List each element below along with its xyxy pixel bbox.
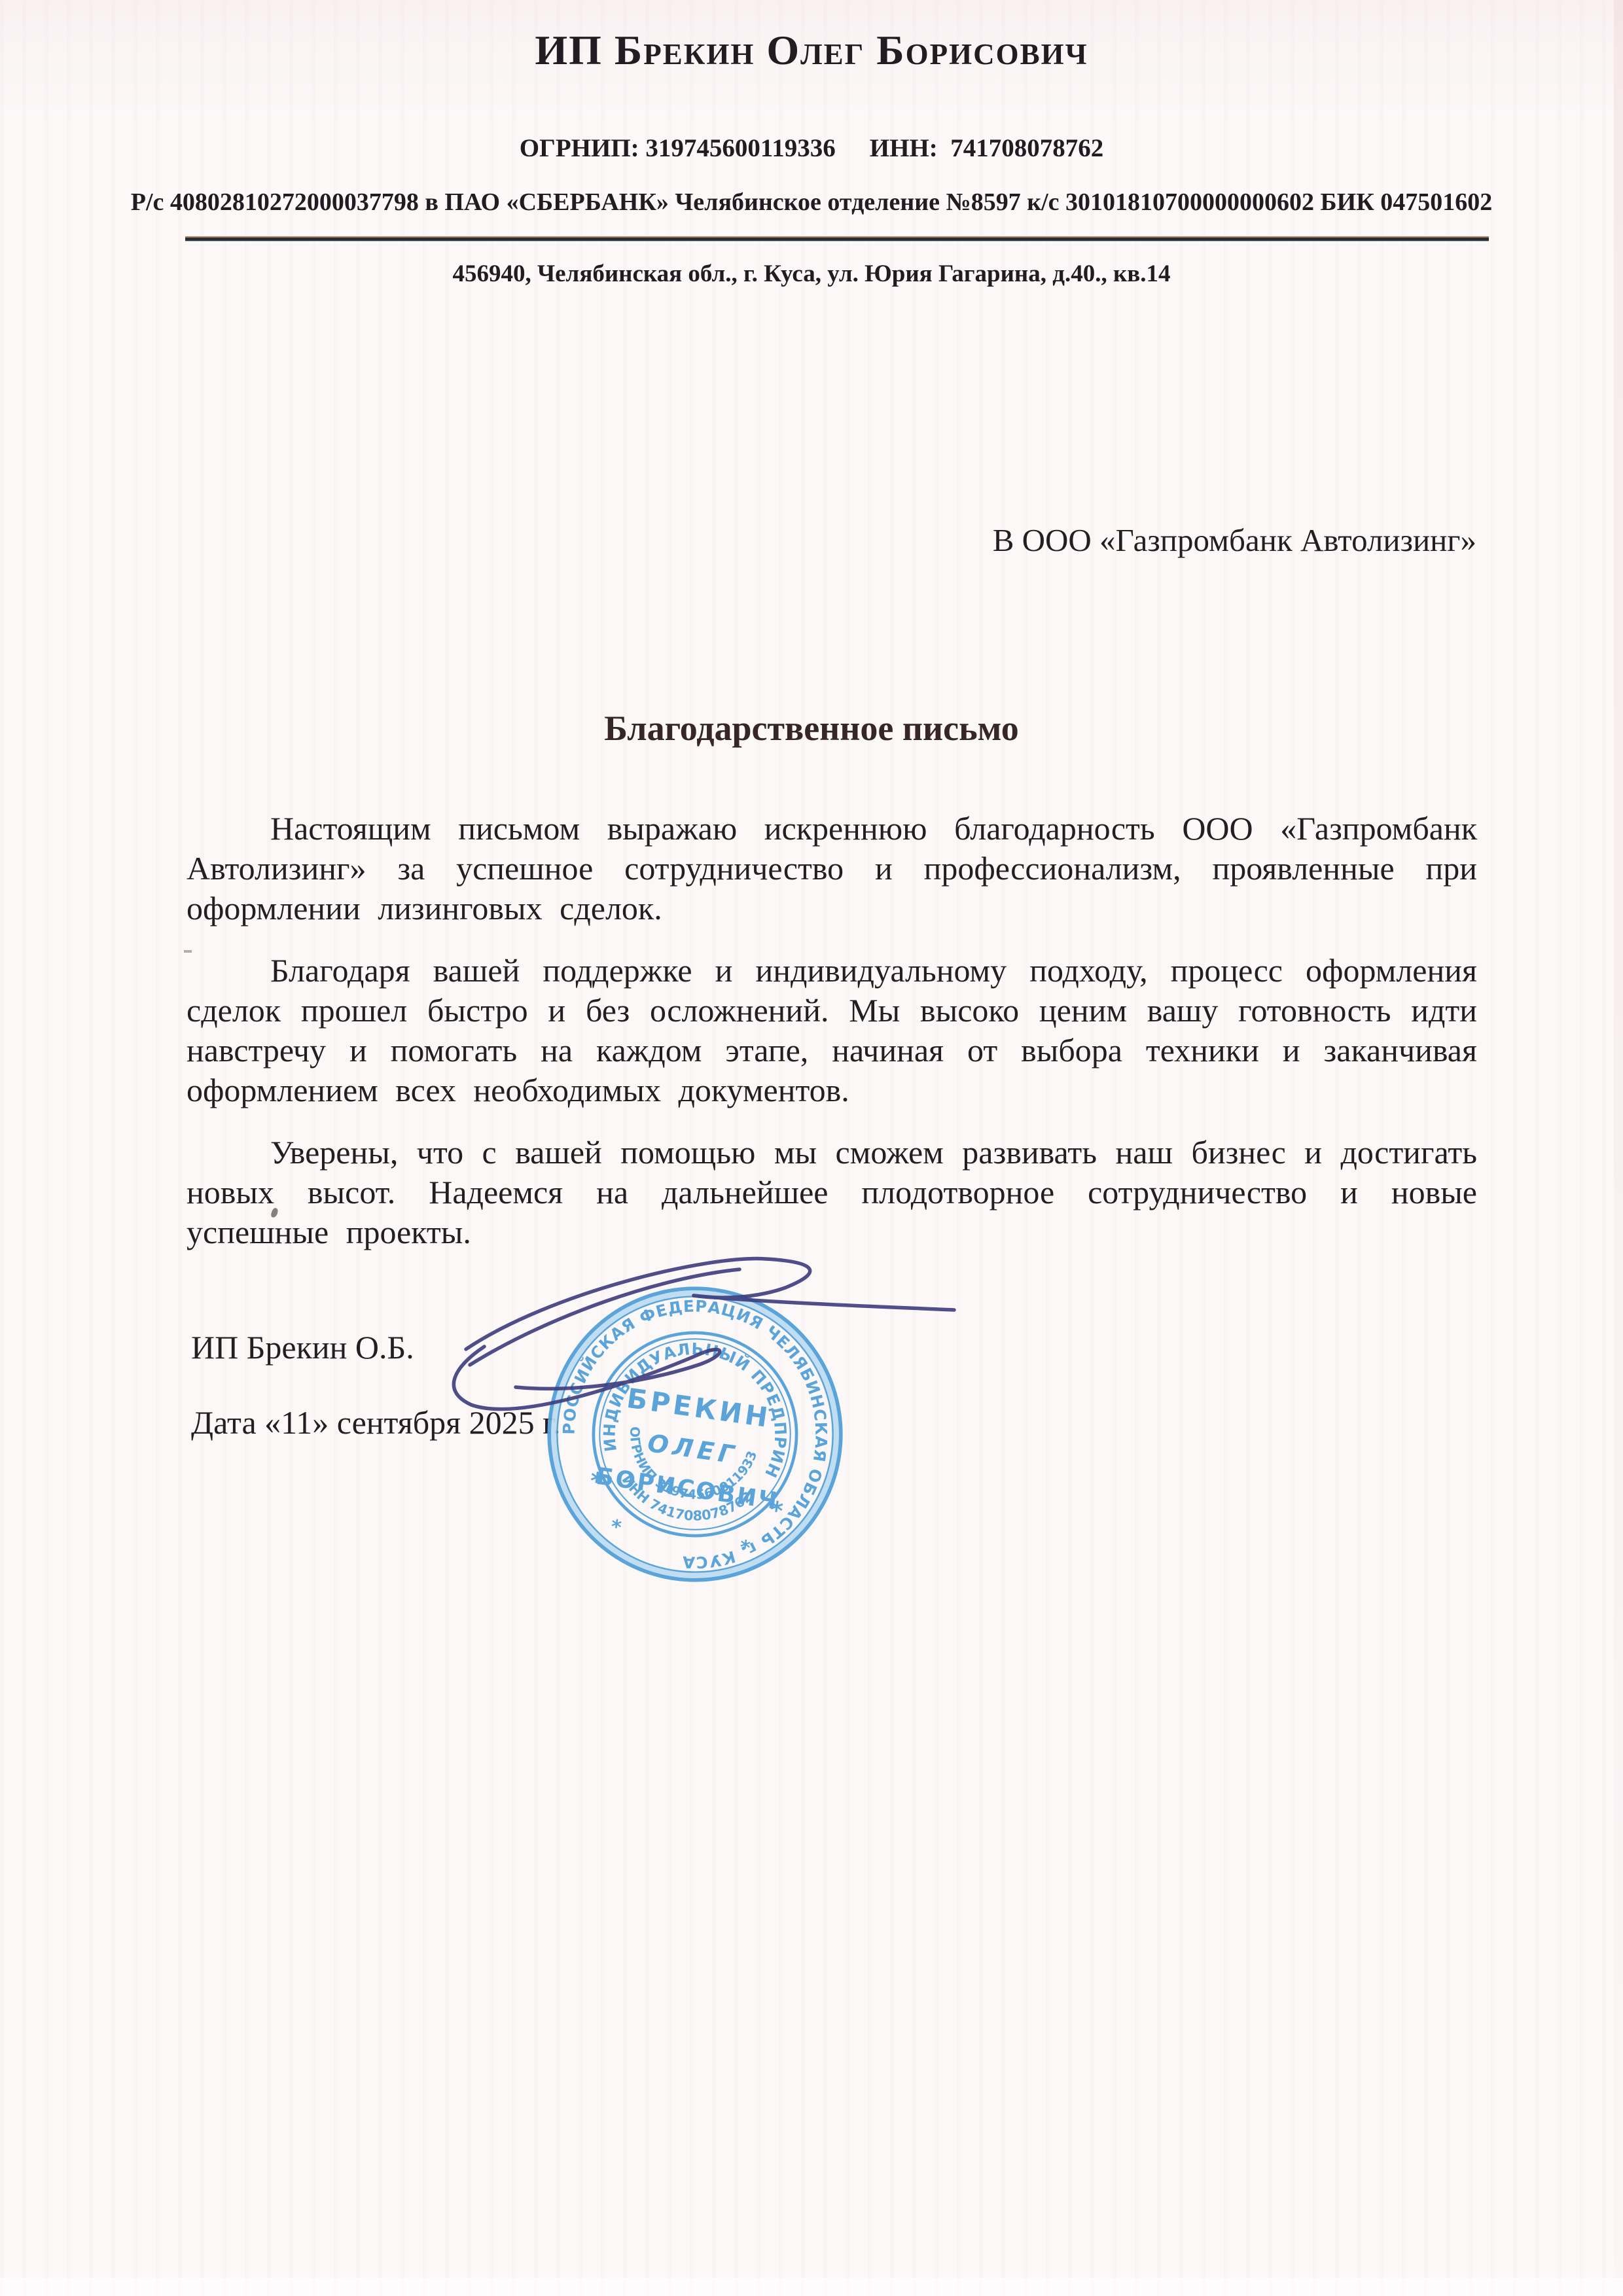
letter-title: Благодарственное письмо — [0, 708, 1623, 749]
bank-details-line: Р/с 40802810272000037798 в ПАО «СБЕРБАНК… — [0, 188, 1623, 217]
scan-edge-tint — [1614, 0, 1623, 2296]
scan-bottom-strip — [0, 2278, 1623, 2296]
stamp-star-lower-left: * — [609, 1515, 623, 1540]
paragraph: Настоящим письмом выражаю искреннюю благ… — [187, 809, 1477, 928]
inn-text: ИНН: 741708078762 — [870, 133, 1104, 163]
scanned-letter-page: ИП Брекин Олег Борисович ОГРНИП: 3197456… — [0, 0, 1623, 2296]
contact-address-line: 456940, Челябинская обл., г. Куса, ул. Ю… — [0, 260, 1623, 288]
stamp-star-left: * — [588, 1466, 605, 1496]
page-title: ИП Брекин Олег Борисович — [0, 26, 1623, 75]
paragraph: Уверены, что с вашей помощью мы сможем р… — [187, 1133, 1477, 1252]
addressee-line: В ООО «Газпромбанк Автолизинг» — [993, 521, 1476, 559]
handwritten-signature — [419, 1237, 995, 1446]
stamp-name-line3: БОРИСОВИЧ — [594, 1463, 781, 1515]
signatory-name: ИП Брекин О.Б. — [191, 1328, 414, 1366]
letter-body: Настоящим письмом выражаю искреннюю благ… — [187, 809, 1477, 1275]
requisites-row: ОГРНИП: 319745600119336 ИНН: 74170807876… — [0, 133, 1623, 163]
header-divider — [185, 236, 1489, 241]
ogrnip-text: ОГРНИП: 319745600119336 — [520, 133, 836, 163]
scan-speck — [184, 950, 192, 953]
paragraph: Благодаря вашей поддержке и индивидуальн… — [187, 951, 1477, 1110]
signature-icon — [419, 1237, 995, 1446]
